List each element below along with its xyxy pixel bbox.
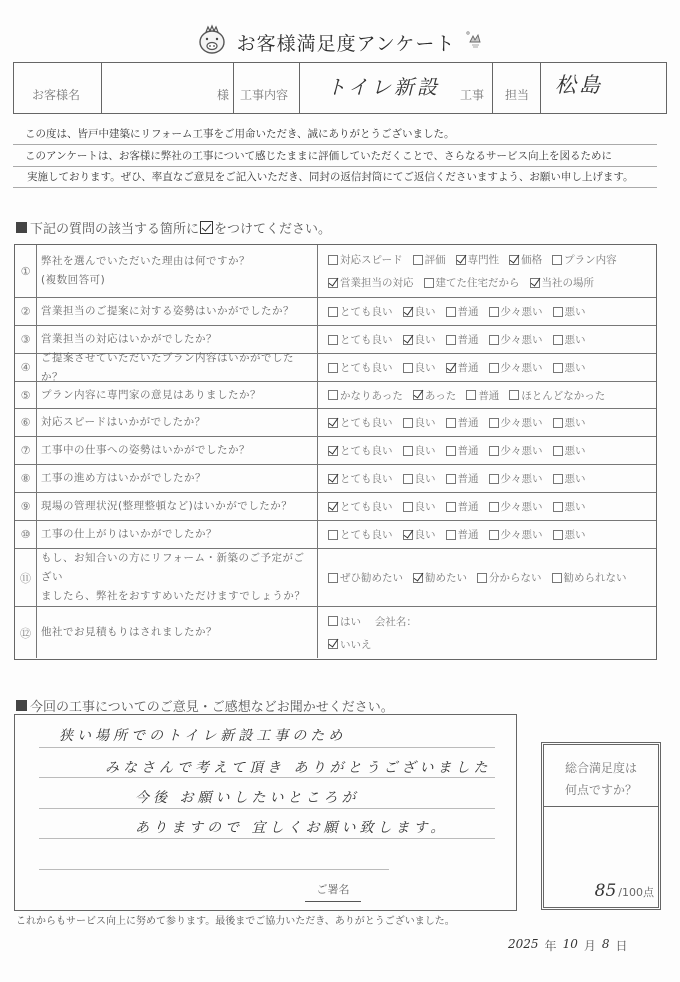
answer-checkbox-option[interactable]: 普通 (446, 499, 479, 514)
question-number: ⑪ (15, 549, 37, 606)
answer-checkbox-option[interactable]: 普通 (446, 527, 479, 542)
checkbox-empty-icon[interactable] (489, 530, 499, 540)
checkbox-empty-icon[interactable] (466, 390, 476, 400)
checkbox-empty-icon[interactable] (328, 616, 338, 626)
answer-options: とても良い良い普通少々悪い悪い (317, 437, 656, 464)
question-number: ② (15, 298, 37, 325)
answer-checkbox-option[interactable]: 勧めたい (413, 570, 467, 585)
score-value: 85 (595, 881, 617, 901)
pig-mascot-icon (197, 24, 227, 60)
answer-checkbox-option[interactable]: 普通 (446, 332, 479, 347)
answer-checkbox-option[interactable]: 少々悪い (489, 499, 543, 514)
question-number: ④ (15, 354, 37, 381)
answer-checkbox-option[interactable]: 良い (403, 304, 436, 319)
checkbox-empty-icon[interactable] (489, 502, 499, 512)
checkbox-checked-icon[interactable] (403, 530, 413, 540)
checkbox-empty-icon[interactable] (552, 255, 562, 265)
question-text: 工事の仕上がりはいかがでしたか？ (41, 521, 313, 548)
question-row: ⑫他社でお見積もりはされましたか？はい 会社名：いいえ (15, 607, 656, 658)
question-number: ③ (15, 326, 37, 353)
checkbox-empty-icon[interactable] (477, 573, 487, 583)
honorific-label: 様 (217, 86, 229, 103)
answer-checkbox-option[interactable]: 良い (403, 527, 436, 542)
comment-line: みなさんで考えて頂き ありがとうございました (105, 757, 491, 777)
answer-checkbox-option[interactable]: 建てた住宅だから (424, 275, 520, 290)
date-field: 2025 年 10 月 8 日 (508, 937, 628, 954)
answer-checkbox-option[interactable]: 少々悪い (489, 332, 543, 347)
answer-checkbox-option[interactable]: 少々悪い (489, 304, 543, 319)
answer-checkbox-option[interactable]: 悪い (553, 527, 586, 542)
question-number: ⑤ (15, 382, 37, 408)
checkbox-empty-icon[interactable] (553, 530, 563, 540)
customer-name-field[interactable]: 様 (102, 63, 233, 113)
page-title: お客様満足度アンケート (237, 29, 456, 56)
checkbox-empty-icon[interactable] (328, 307, 338, 317)
answer-checkbox-option[interactable]: 悪い (553, 360, 586, 375)
answer-checkbox-option[interactable]: とても良い (328, 415, 393, 430)
question-number: ① (15, 245, 37, 297)
answer-checkbox-option[interactable]: ほとんどなかった (509, 388, 605, 403)
answer-options: とても良い良い普通少々悪い悪い (317, 326, 656, 353)
checkbox-empty-icon[interactable] (446, 474, 456, 484)
answer-checkbox-option[interactable]: 良い (403, 443, 436, 458)
checkbox-empty-icon[interactable] (489, 474, 499, 484)
work-content-value: トイレ新設 (326, 71, 440, 100)
answer-checkbox-option[interactable]: 普通 (446, 415, 479, 430)
answer-checkbox-option[interactable]: 勧められない (552, 570, 627, 585)
answer-checkbox-option[interactable]: 営業担当の対応 (328, 275, 414, 290)
question-row: ⑩工事の仕上がりはいかがでしたか？とても良い良い普通少々悪い悪い (15, 521, 656, 549)
question-number: ⑧ (15, 465, 37, 492)
survey-header: お客様満足度アンケート (0, 22, 680, 62)
comments-field[interactable]: 狭い場所でのトイレ新設工事のため みなさんで考えて頂き ありがとうございました … (14, 714, 517, 911)
answer-checkbox-option[interactable]: 悪い (553, 499, 586, 514)
answer-checkbox-option[interactable]: 少々悪い (489, 415, 543, 430)
staff-label-cell: 担当 (493, 63, 541, 113)
checkbox-empty-icon[interactable] (489, 446, 499, 456)
customer-name-label-cell: お客様名 (14, 63, 102, 113)
answer-options: とても良い良い普通少々悪い悪い (317, 521, 656, 548)
staff-label: 担当 (505, 86, 529, 103)
score-question: 総合満足度は 何点ですか？ (544, 745, 658, 807)
question-row: ②営業担当のご提案に対する姿勢はいかがでしたか？とても良い良い普通少々悪い悪い (15, 298, 656, 326)
checkbox-empty-icon[interactable] (403, 446, 413, 456)
answer-checkbox-option[interactable]: 少々悪い (489, 527, 543, 542)
checkbox-checked-icon[interactable] (530, 278, 540, 288)
staff-value: 松島 (555, 69, 603, 99)
question-number: ⑩ (15, 521, 37, 548)
checkbox-empty-icon[interactable] (403, 502, 413, 512)
intro-line: この度は、皆戸中建築にリフォーム工事をご用命いただき、誠にありがとうございました… (13, 124, 657, 145)
question-row: ⑪もし、お知合いの方にリフォーム・新築のご予定がございましたら、弊社をおすすめい… (15, 549, 656, 607)
checkbox-empty-icon[interactable] (509, 390, 519, 400)
checkbox-empty-icon[interactable] (489, 335, 499, 345)
answer-checkbox-option[interactable]: 価格 (509, 252, 542, 267)
answer-checkbox-option[interactable]: プラン内容 (552, 252, 617, 267)
question-text: 他社でお見積もりはされましたか？ (41, 607, 313, 658)
answer-checkbox-option[interactable]: 当社の場所 (530, 275, 595, 290)
date-month: 10 (563, 937, 578, 954)
checkbox-empty-icon[interactable] (424, 278, 434, 288)
answer-checkbox-option[interactable]: 普通 (446, 304, 479, 319)
question-number: ⑦ (15, 437, 37, 464)
checkbox-checked-icon[interactable] (328, 418, 338, 428)
question-text: ご提案させていただいたプラン内容はいかがでしたか？ (41, 354, 313, 381)
answer-checkbox-option[interactable]: いいえ (328, 637, 372, 652)
checkbox-empty-icon[interactable] (489, 363, 499, 373)
checkbox-checked-icon[interactable] (403, 335, 413, 345)
question-row: ⑦工事中の仕事への姿勢はいかがでしたか？とても良い良い普通少々悪い悪い (15, 437, 656, 465)
staff-field[interactable]: 松島 (541, 63, 666, 113)
answer-checkbox-option[interactable]: 普通 (466, 388, 499, 403)
answer-checkbox-option[interactable]: とても良い (328, 443, 393, 458)
answer-options: ぜひ勧めたい勧めたい分からない勧められない (317, 549, 656, 606)
answer-checkbox-option[interactable]: 少々悪い (489, 360, 543, 375)
answer-checkbox-option[interactable]: 評価 (413, 252, 446, 267)
answer-checkbox-option[interactable]: はい 会社名： (328, 614, 417, 629)
answer-checkbox-option[interactable]: 少々悪い (489, 443, 543, 458)
question-row: ⑨現場の管理状況(整理整頓など)はいかがでしたか？とても良い良い普通少々悪い悪い (15, 493, 656, 521)
checkbox-empty-icon[interactable] (446, 418, 456, 428)
intro-line: 実施しております。ぜひ、率直なご意見をご記入いただき、同封の返信封筒にてご返信く… (13, 167, 657, 188)
checkbox-empty-icon[interactable] (328, 255, 338, 265)
checkbox-checked-icon[interactable] (413, 573, 423, 583)
answer-checkbox-option[interactable]: 良い (403, 360, 436, 375)
answer-checkbox-option[interactable]: 専門性 (456, 252, 500, 267)
checkbox-empty-icon[interactable] (446, 502, 456, 512)
answer-checkbox-option[interactable]: 普通 (446, 360, 479, 375)
checkbox-empty-icon[interactable] (553, 446, 563, 456)
checkbox-empty-icon[interactable] (553, 335, 563, 345)
question-number: ⑥ (15, 409, 37, 436)
question-row: ①弊社を選んでいただいた理由は何ですか？(複数回答可)対応スピード評価専門性価格… (15, 245, 656, 298)
answer-checkbox-option[interactable]: とても良い (328, 360, 393, 375)
work-suffix-label: 工事 (460, 86, 484, 103)
answer-checkbox-option[interactable]: とても良い (328, 304, 393, 319)
checkbox-empty-icon[interactable] (552, 573, 562, 583)
checkbox-checked-icon (200, 221, 213, 234)
checkbox-empty-icon[interactable] (446, 307, 456, 317)
answer-checkbox-option[interactable]: 悪い (553, 304, 586, 319)
answer-checkbox-option[interactable]: あった (413, 388, 456, 403)
checkbox-checked-icon[interactable] (328, 502, 338, 512)
work-content-field[interactable]: トイレ新設 工事 (300, 63, 493, 113)
question-number: ⑫ (15, 607, 37, 658)
answer-options: はい 会社名：いいえ (317, 607, 656, 658)
question-text: もし、お知合いの方にリフォーム・新築のご予定がございましたら、弊社をおすすめいた… (41, 549, 313, 606)
answer-checkbox-option[interactable]: 良い (403, 499, 436, 514)
answer-checkbox-option[interactable]: 対応スピード (328, 252, 403, 267)
answer-options: とても良い良い普通少々悪い悪い (317, 298, 656, 325)
checkbox-empty-icon[interactable] (553, 418, 563, 428)
comments-heading: 今回の工事についてのご意見・ご感想などお聞かせください。 (16, 696, 394, 715)
answer-checkbox-option[interactable]: 少々悪い (489, 471, 543, 486)
work-content-label: 工事内容 (240, 86, 288, 103)
date-day: 8 (602, 937, 610, 954)
score-field[interactable]: 85 /100点 (595, 881, 654, 901)
question-text: 工事中の仕事への姿勢はいかがでしたか？ (41, 437, 313, 464)
question-text: 現場の管理状況(整理整頓など)はいかがでしたか？ (41, 493, 313, 520)
answer-checkbox-option[interactable]: 普通 (446, 471, 479, 486)
answer-checkbox-option[interactable]: 悪い (553, 443, 586, 458)
answer-checkbox-option[interactable]: かなりあった (328, 388, 403, 403)
overall-score-box: 総合満足度は 何点ですか？ 85 /100点 (541, 742, 661, 910)
answer-checkbox-option[interactable]: とても良い (328, 471, 393, 486)
answer-options: とても良い良い普通少々悪い悪い (317, 354, 656, 381)
checkbox-empty-icon[interactable] (403, 474, 413, 484)
answer-checkbox-option[interactable]: 良い (403, 471, 436, 486)
date-year: 2025 (508, 937, 539, 954)
intro-line: このアンケートは、お客様に弊社の工事について感じたままに評価していただくことで、… (13, 146, 657, 167)
checkbox-checked-icon[interactable] (413, 390, 423, 400)
questions-table: ①弊社を選んでいただいた理由は何ですか？(複数回答可)対応スピード評価専門性価格… (14, 244, 657, 660)
answer-checkbox-option[interactable]: 良い (403, 415, 436, 430)
instruction-heading: 下記の質問の該当する箇所に をつけてください。 (16, 218, 331, 237)
score-max: /100点 (618, 884, 654, 900)
answer-checkbox-option[interactable]: 普通 (446, 443, 479, 458)
question-row: ⑥対応スピードはいかがでしたか？とても良い良い普通少々悪い悪い (15, 409, 656, 437)
answer-options: 対応スピード評価専門性価格プラン内容営業担当の対応建てた住宅だから当社の場所 (317, 245, 656, 297)
question-text: プラン内容に専門家の意見はありましたか？ (41, 382, 313, 408)
decorative-doodle-icon (465, 30, 483, 54)
checkbox-checked-icon[interactable] (403, 307, 413, 317)
checkbox-empty-icon[interactable] (413, 255, 423, 265)
checkbox-empty-icon[interactable] (328, 335, 338, 345)
checkbox-checked-icon[interactable] (446, 363, 456, 373)
signature-label: ご署名 (317, 883, 350, 896)
question-text: 弊社を選んでいただいた理由は何ですか？(複数回答可) (41, 245, 313, 297)
answer-checkbox-option[interactable]: とても良い (328, 332, 393, 347)
answer-checkbox-option[interactable]: 悪い (553, 415, 586, 430)
checkbox-checked-icon[interactable] (456, 255, 466, 265)
answer-options: かなりあったあった普通ほとんどなかった (317, 382, 656, 408)
checkbox-empty-icon[interactable] (553, 307, 563, 317)
answer-checkbox-option[interactable]: ぜひ勧めたい (328, 570, 403, 585)
checkbox-empty-icon[interactable] (403, 418, 413, 428)
answer-checkbox-option[interactable]: とても良い (328, 499, 393, 514)
checkbox-empty-icon[interactable] (553, 502, 563, 512)
answer-checkbox-option[interactable]: 悪い (553, 471, 586, 486)
question-row: ⑤プラン内容に専門家の意見はありましたか？かなりあったあった普通ほとんどなかった (15, 382, 656, 409)
comment-line: ありますので 宜しくお願い致します。 (135, 817, 448, 837)
answer-checkbox-option[interactable]: 良い (403, 332, 436, 347)
work-content-label-cell: 工事内容 (234, 63, 300, 113)
checkbox-empty-icon[interactable] (403, 363, 413, 373)
comment-line: 今後 お願いしたいところが (135, 787, 359, 807)
checkbox-checked-icon[interactable] (509, 255, 519, 265)
answer-options: とても良い良い普通少々悪い悪い (317, 465, 656, 492)
checkbox-empty-icon[interactable] (328, 573, 338, 583)
checkbox-empty-icon[interactable] (446, 335, 456, 345)
question-text: 工事の進め方はいかがでしたか？ (41, 465, 313, 492)
answer-options: とても良い良い普通少々悪い悪い (317, 493, 656, 520)
signature-field[interactable]: ご署名 (305, 881, 361, 902)
checkbox-empty-icon[interactable] (446, 530, 456, 540)
checkbox-checked-icon[interactable] (328, 446, 338, 456)
checkbox-checked-icon[interactable] (328, 639, 338, 649)
checkbox-empty-icon[interactable] (328, 363, 338, 373)
question-number: ⑨ (15, 493, 37, 520)
checkbox-checked-icon[interactable] (328, 278, 338, 288)
checkbox-empty-icon[interactable] (553, 474, 563, 484)
question-row: ④ご提案させていただいたプラン内容はいかがでしたか？とても良い良い普通少々悪い悪… (15, 354, 656, 382)
checkbox-empty-icon[interactable] (553, 363, 563, 373)
answer-checkbox-option[interactable]: 悪い (553, 332, 586, 347)
customer-info-box: お客様名 様 工事内容 トイレ新設 工事 担当 松島 (13, 62, 667, 114)
answer-checkbox-option[interactable]: 分からない (477, 570, 542, 585)
square-bullet-icon (16, 700, 27, 711)
checkbox-empty-icon[interactable] (489, 307, 499, 317)
checkbox-empty-icon[interactable] (489, 418, 499, 428)
customer-name-label: お客様名 (32, 86, 80, 103)
answer-checkbox-option[interactable]: とても良い (328, 527, 393, 542)
answer-options: とても良い良い普通少々悪い悪い (317, 409, 656, 436)
question-text: 対応スピードはいかがでしたか？ (41, 409, 313, 436)
question-row: ⑧工事の進め方はいかがでしたか？とても良い良い普通少々悪い悪い (15, 465, 656, 493)
checkbox-empty-icon[interactable] (328, 390, 338, 400)
checkbox-checked-icon[interactable] (328, 474, 338, 484)
footer-text: これからもサービス向上に努めて参ります。最後までご協力いただき、ありがとうござい… (16, 912, 455, 927)
question-text: 営業担当のご提案に対する姿勢はいかがでしたか？ (41, 298, 313, 325)
checkbox-empty-icon[interactable] (446, 446, 456, 456)
comment-line: 狭い場所でのトイレ新設工事のため (59, 725, 346, 745)
square-bullet-icon (16, 222, 27, 233)
checkbox-empty-icon[interactable] (328, 530, 338, 540)
